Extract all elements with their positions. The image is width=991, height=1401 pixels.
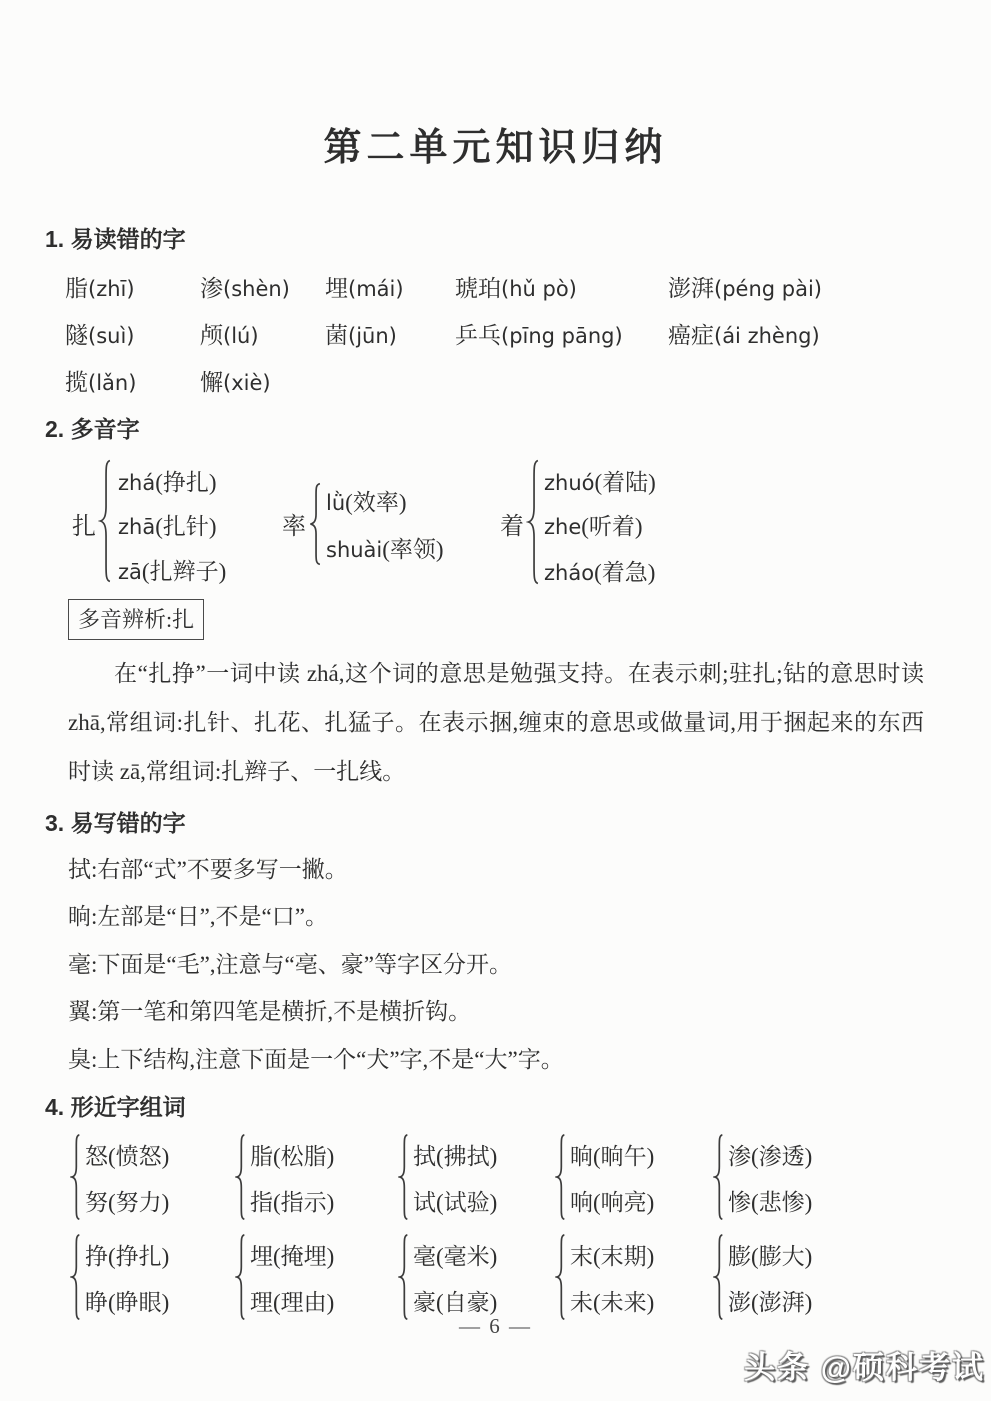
curly-brace-icon [308, 482, 322, 566]
word-entry: 隧(suì) [65, 317, 134, 350]
pair-top: 毫(毫米) [413, 1238, 497, 1271]
curly-brace-icon [526, 458, 540, 586]
reading-item: zā(扎辫子) [118, 553, 226, 586]
similar-char-pair: 挣(挣扎) 睁(睁眼) [70, 1228, 230, 1323]
hanzi: 脂 [65, 276, 88, 301]
curly-brace-icon [555, 1133, 566, 1221]
pinyin: (xiè) [223, 371, 271, 395]
similar-char-pair: 毫(毫米) 豪(自豪) [398, 1228, 558, 1323]
polyphone-char: 扎 [72, 506, 96, 541]
word-entry: 脂(zhī) [65, 270, 135, 303]
pair-top: 拭(拂拭) [413, 1138, 497, 1171]
pinyin: (lú) [223, 324, 259, 348]
section-1-heading: 1. 易读错的字 [45, 221, 186, 254]
reading-item: lǜ(效率) [326, 484, 406, 517]
pair-bottom: 豪(自豪) [413, 1284, 497, 1317]
pinyin: (pīng pāng) [501, 324, 623, 348]
miswritten-note: 晌:左部是“日”,不是“口”。 [68, 898, 328, 931]
hanzi: 澎湃 [668, 276, 714, 301]
similar-char-pair: 拭(拂拭) 试(试验) [398, 1128, 558, 1223]
polyphone-group-zha: 扎 zhá(挣扎) zhā(扎针) zā(扎辫子) [72, 450, 272, 590]
pair-bottom: 未(未来) [570, 1284, 654, 1317]
pair-top: 末(末期) [570, 1238, 654, 1271]
pair-top: 渗(渗透) [728, 1138, 812, 1171]
reading-item: zhá(挣扎) [118, 464, 217, 497]
reading-item: zhā(扎针) [118, 508, 217, 541]
miswritten-note: 臭:上下结构,注意下面是一个“犬”字,不是“大”字。 [68, 1041, 564, 1074]
curly-brace-icon [235, 1233, 246, 1321]
hanzi: 渗 [200, 276, 223, 301]
reading-item: zhuó(着陆) [544, 464, 656, 497]
curly-brace-icon [98, 458, 112, 584]
pinyin: (suì) [88, 324, 134, 348]
section-2-heading: 2. 多音字 [45, 411, 140, 444]
word-entry: 揽(lǎn) [65, 364, 136, 397]
miswritten-note: 毫:下面是“毛”,注意与“亳、豪”等字区分开。 [68, 946, 512, 979]
document-page: 第二单元知识归纳 1. 易读错的字 脂(zhī) 渗(shèn) 埋(mái) … [0, 0, 991, 1401]
analysis-label: 多音辨析:扎 [68, 599, 204, 640]
pair-bottom: 响(响亮) [570, 1184, 654, 1217]
section-3-heading: 3. 易写错的字 [45, 805, 186, 838]
polyphone-char: 率 [282, 506, 306, 541]
curly-brace-icon [555, 1233, 566, 1321]
word-entry: 澎湃(péng pài) [668, 270, 822, 303]
word-entry: 懈(xiè) [200, 364, 271, 397]
similar-char-pair: 渗(渗透) 惨(悲惨) [713, 1128, 873, 1223]
word-entry: 渗(shèn) [200, 270, 290, 303]
pair-top: 脂(松脂) [250, 1138, 334, 1171]
hanzi: 琥珀 [455, 276, 501, 301]
similar-char-pair: 晌(晌午) 响(响亮) [555, 1128, 715, 1223]
hanzi: 埋 [325, 276, 348, 301]
word-entry: 癌症(ái zhèng) [668, 317, 820, 350]
hanzi: 菌 [325, 323, 348, 348]
polyphone-group-lv: 率 lǜ(效率) shuài(率领) [282, 450, 482, 590]
pinyin: (zhī) [88, 277, 135, 301]
polyphone-char: 着 [500, 506, 524, 541]
page-number: — 6 — [0, 1314, 991, 1339]
similar-char-pair: 膨(膨大) 澎(澎湃) [713, 1228, 873, 1323]
watermark: 头条 @硕科考试 [744, 1342, 985, 1387]
analysis-paragraph: 在“扎挣”一词中读 zhá,这个词的意思是勉强支持。在表示刺;驻扎;钻的意思时读… [68, 649, 924, 796]
page-title: 第二单元知识归纳 [0, 116, 991, 171]
pair-top: 埋(掩埋) [250, 1238, 334, 1271]
curly-brace-icon [713, 1133, 724, 1221]
similar-char-pair: 怒(愤怒) 努(努力) [70, 1128, 230, 1223]
polyphone-group-zhe: 着 zhuó(着陆) zhe(听着) zháo(着急) [500, 450, 720, 590]
curly-brace-icon [398, 1233, 409, 1321]
reading-item: shuài(率领) [326, 531, 444, 564]
hanzi: 乒乓 [455, 323, 501, 348]
pair-top: 晌(晌午) [570, 1138, 654, 1171]
section-4-heading: 4. 形近字组词 [45, 1089, 186, 1122]
pair-bottom: 试(试验) [413, 1184, 497, 1217]
pair-top: 怒(愤怒) [85, 1138, 169, 1171]
pair-bottom: 理(理由) [250, 1284, 334, 1317]
similar-char-pair: 末(末期) 未(未来) [555, 1228, 715, 1323]
pinyin: (jūn) [348, 324, 397, 348]
hanzi: 颅 [200, 323, 223, 348]
curly-brace-icon [70, 1233, 81, 1321]
hanzi: 懈 [200, 370, 223, 395]
curly-brace-icon [713, 1233, 724, 1321]
pair-top: 膨(膨大) [728, 1238, 812, 1271]
hanzi: 癌症 [668, 323, 714, 348]
word-entry: 颅(lú) [200, 317, 259, 350]
pair-bottom: 澎(澎湃) [728, 1284, 812, 1317]
reading-item: zhe(听着) [544, 508, 643, 541]
curly-brace-icon [398, 1133, 409, 1221]
word-entry: 埋(mái) [325, 270, 404, 303]
pinyin: (hǔ pò) [501, 277, 577, 301]
word-entry: 菌(jūn) [325, 317, 397, 350]
similar-char-pair: 埋(掩埋) 理(理由) [235, 1228, 395, 1323]
hanzi: 隧 [65, 323, 88, 348]
similar-char-pair: 脂(松脂) 指(指示) [235, 1128, 395, 1223]
pinyin: (lǎn) [88, 371, 136, 395]
pair-bottom: 指(指示) [250, 1184, 334, 1217]
word-entry: 乒乓(pīng pāng) [455, 317, 623, 350]
pair-bottom: 惨(悲惨) [728, 1184, 812, 1217]
pinyin: (péng pài) [714, 277, 822, 301]
pinyin: (mái) [348, 277, 404, 301]
pair-bottom: 努(努力) [85, 1184, 169, 1217]
pair-bottom: 睁(睁眼) [85, 1284, 169, 1317]
pair-top: 挣(挣扎) [85, 1238, 169, 1271]
curly-brace-icon [70, 1133, 81, 1221]
pinyin: (ái zhèng) [714, 324, 820, 348]
curly-brace-icon [235, 1133, 246, 1221]
hanzi: 揽 [65, 370, 88, 395]
miswritten-note: 翼:第一笔和第四笔是横折,不是横折钩。 [68, 993, 471, 1026]
pinyin: (shèn) [223, 277, 290, 301]
miswritten-note: 拭:右部“式”不要多写一撇。 [68, 851, 348, 884]
reading-item: zháo(着急) [544, 554, 655, 587]
word-entry: 琥珀(hǔ pò) [455, 270, 577, 303]
